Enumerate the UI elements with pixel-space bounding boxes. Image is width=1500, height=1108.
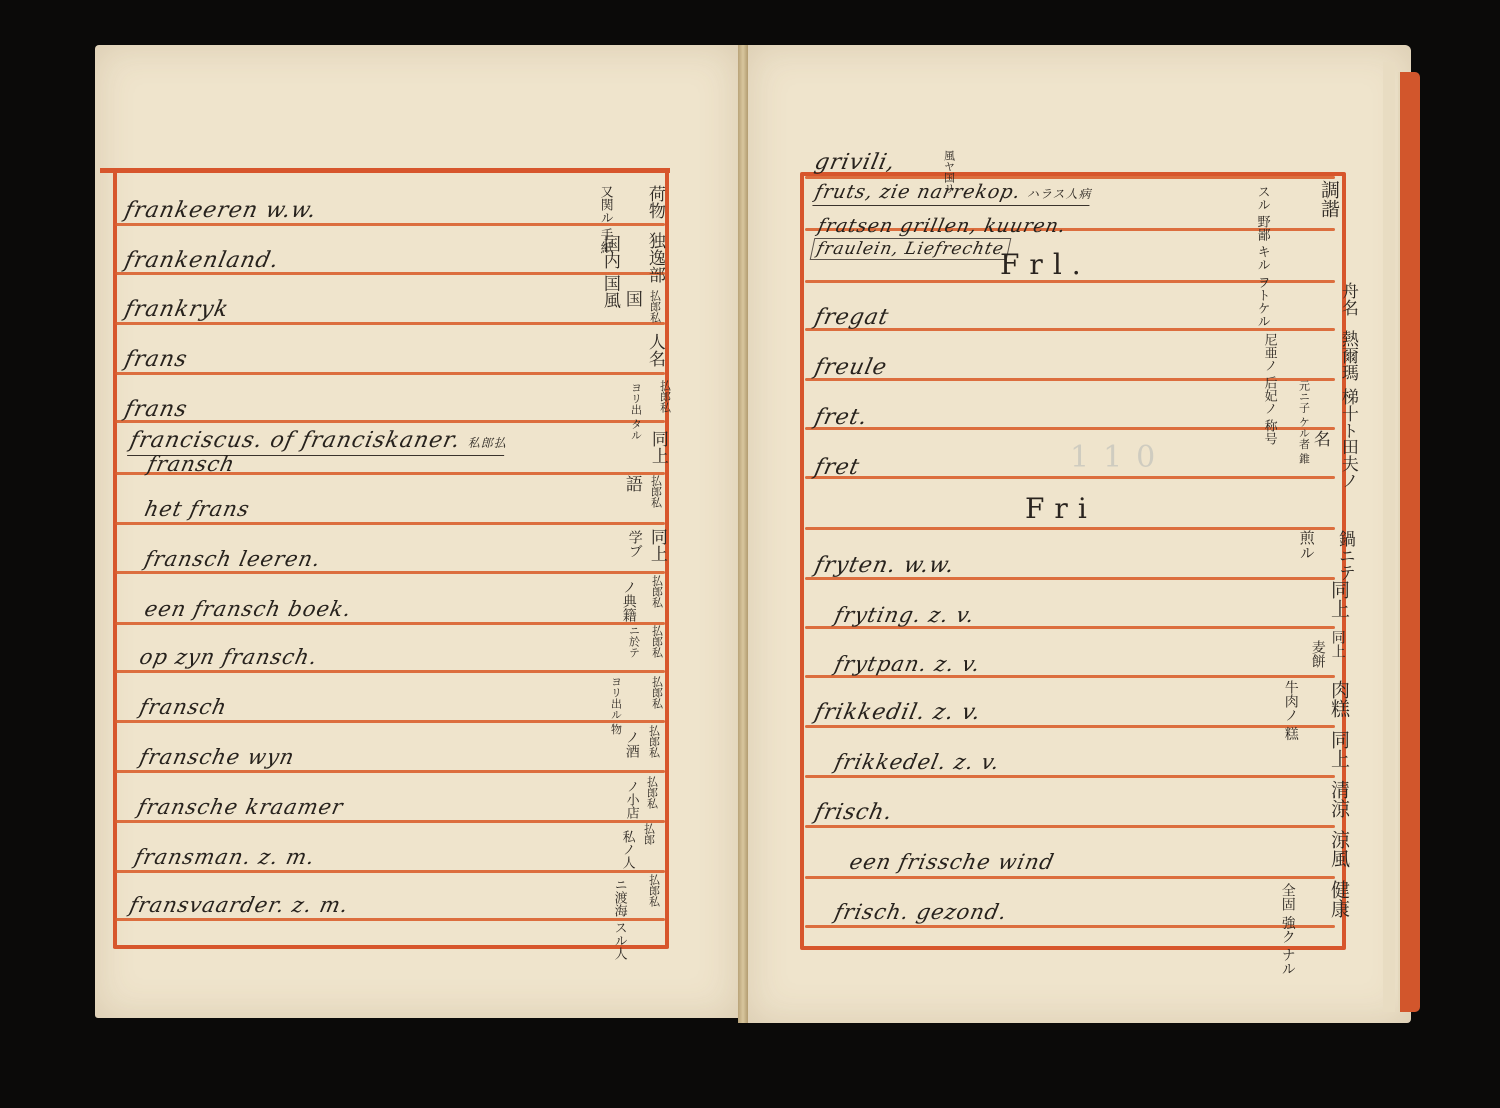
japanese-gloss: 払郎私 — [648, 725, 660, 758]
japanese-gloss: 払郎私 — [646, 776, 658, 809]
section-heading: Frl. — [1000, 248, 1091, 281]
dutch-entry: fransvaarder. z. m. — [127, 893, 351, 917]
dutch-entry: frisch. — [812, 800, 895, 825]
dutch-entry: frankenland. — [122, 248, 281, 273]
japanese-annotation: ヨリ出ル 物 — [610, 676, 622, 735]
dutch-entry: frankeeren w.w. — [122, 198, 319, 223]
dutch-entry: fret — [812, 455, 862, 480]
japanese-gloss: 熱爾瑪 — [1338, 330, 1356, 381]
japanese-gloss: 梯十ト — [1338, 388, 1356, 439]
japanese-annotation: 牛肉ノ 糕 — [1283, 680, 1298, 740]
japanese-annotation: ノ酒 — [624, 730, 639, 758]
japanese-annotation: 学ブ — [627, 530, 642, 558]
japanese-annotation: 尼亜ノ 后妃ノ 称号 — [1262, 333, 1276, 445]
japanese-annotation: 国内 国風 — [600, 235, 618, 308]
japanese-gloss: 払郎 — [643, 823, 655, 845]
dutch-entry: fryten. w.w. — [812, 553, 957, 578]
dutch-entry: frytpan. z. v. — [832, 652, 983, 676]
dutch-entry: een fransch boek. — [142, 597, 354, 621]
dutch-entry: fransch leeren. — [142, 547, 323, 571]
japanese-annotation: 語 — [622, 475, 640, 492]
bleed-through-number: 110 — [1070, 440, 1169, 475]
japanese-annotation: 全固 強ク ナル — [1280, 883, 1295, 976]
dutch-entry: fratsen grillen, kuuren. — [816, 215, 1069, 237]
dutch-entry: fret. — [812, 405, 870, 430]
dutch-entry: fransman. z. m. — [132, 845, 317, 869]
book-cover-edge — [1398, 72, 1420, 1012]
book-gutter — [738, 45, 748, 1023]
japanese-annotation: スル 野鄙 キル ヲトケル — [1255, 185, 1269, 327]
japanese-gloss: 払郎私 — [649, 290, 661, 323]
japanese-gloss: 同上 — [1328, 580, 1348, 618]
japanese-gloss: 独逸部 — [645, 232, 663, 283]
japanese-annotation: ヨリ出 タル — [630, 382, 642, 441]
dutch-entry: grivili, — [812, 150, 897, 175]
japanese-annotation: 麦餅 — [1310, 640, 1325, 668]
dutch-entry: het frans — [142, 497, 252, 521]
dutch-entry: frans — [122, 397, 190, 422]
japanese-gloss: 払郎私 — [651, 676, 663, 709]
dutch-entry: frikkedel. z. v. — [832, 750, 1002, 774]
japanese-annotation: ノ典籍 — [621, 580, 636, 622]
japanese-gloss: 田夫ノ — [1338, 438, 1356, 489]
japanese-annotation: ニ渡海 スル人 — [612, 878, 626, 960]
dutch-entry: fransche wyn — [137, 745, 296, 769]
japanese-gloss: 清涼 — [1328, 780, 1348, 818]
dutch-entry: fransch — [137, 695, 229, 719]
japanese-gloss: 舟名 — [1338, 282, 1356, 316]
japanese-gloss: 払郎私 — [659, 380, 671, 413]
dutch-entry: fransche kraamer — [135, 795, 345, 819]
japanese-gloss: 払郎私 — [648, 874, 660, 907]
japanese-gloss: 払郎私 — [650, 475, 662, 508]
japanese-gloss: 肉糕 — [1328, 680, 1348, 718]
dutch-entry-boxed: fraulein, Liefrechte — [810, 238, 1012, 260]
dutch-entry: frans — [122, 347, 190, 372]
inline-japanese: 私郎払 — [468, 437, 507, 450]
japanese-annotation: 元ニ子 ケル者 錐 — [1298, 380, 1310, 464]
japanese-annotation: 私ノ人 — [620, 830, 634, 869]
japanese-gloss: 同上 — [648, 430, 666, 464]
section-heading: Fri — [1025, 492, 1097, 525]
japanese-gloss: 涼風 — [1328, 830, 1348, 868]
dutch-entry: een frissche wind — [847, 850, 1056, 874]
dutch-entry-text: franciscus. of franciskaner. — [128, 428, 463, 453]
page-stack-edge — [1383, 62, 1395, 1012]
dutch-entry: frikkedil. z. v. — [812, 700, 983, 725]
japanese-gloss: 払郎私 — [651, 575, 663, 608]
dutch-entry-text: fruts, zie narrekop. — [813, 181, 1023, 203]
dutch-entry: fransch — [145, 452, 237, 476]
japanese-annotation: ノ小店 — [624, 780, 638, 819]
dutch-entry: frisch. gezond. — [832, 900, 1009, 924]
japanese-gloss: 同上 — [1330, 630, 1345, 658]
japanese-annotation: ニ於テ — [628, 625, 640, 658]
japanese-gloss: 荷物 — [645, 185, 663, 219]
dutch-entry: fregat — [812, 305, 891, 330]
dutch-entry: op zyn fransch. — [137, 645, 320, 669]
dutch-entry: freule — [812, 355, 889, 380]
dutch-entry-underlined: fruts, zie narrekop. ハラス人病 — [812, 181, 1094, 206]
japanese-annotation: 国 — [622, 290, 640, 307]
japanese-gloss: 同上 — [647, 528, 665, 562]
dutch-entry: frankryk — [122, 297, 231, 322]
japanese-gloss: 払郎私 — [651, 625, 663, 658]
japanese-gloss: 人名 — [645, 333, 663, 367]
inline-japanese: ハラス人病 — [1027, 188, 1092, 201]
japanese-gloss: 同上 — [1328, 730, 1348, 768]
japanese-gloss: 鍋ニテ — [1335, 530, 1353, 581]
dutch-entry: fryting. z. v. — [832, 603, 977, 627]
japanese-gloss: 調諧 — [1318, 180, 1338, 218]
japanese-annotation: 名 — [1310, 430, 1328, 447]
japanese-gloss: 健康 — [1328, 880, 1348, 918]
japanese-annotation: 煎ル — [1298, 530, 1314, 560]
